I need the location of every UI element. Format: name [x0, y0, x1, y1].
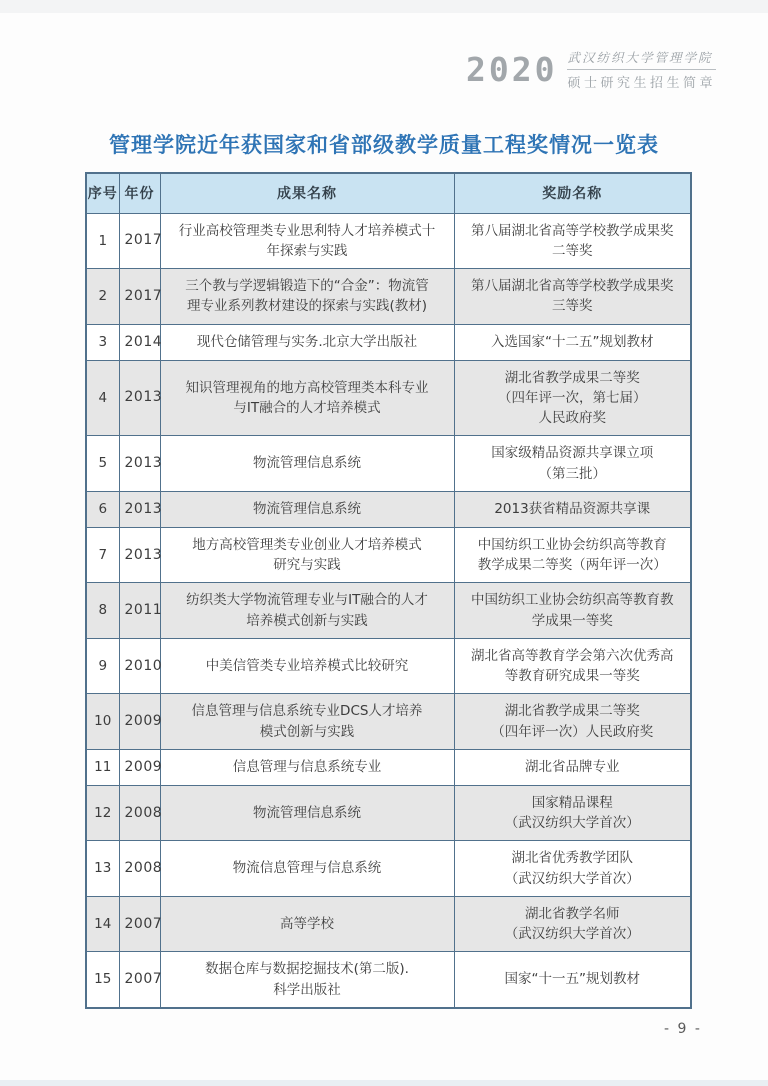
cell-year: 2007	[119, 896, 160, 952]
cell-achievement: 地方高校管理类专业创业人才培养模式 研究与实践	[160, 527, 454, 583]
cell-no: 8	[86, 583, 119, 639]
table-row: 12 2008 物流管理信息系统 国家精品课程 （武汉纺织大学首次）	[86, 785, 691, 841]
cell-achievement: 信息管理与信息系统专业	[160, 749, 454, 785]
cell-no: 1	[86, 213, 119, 269]
table-row: 3 2014 现代仓储管理与实务.北京大学出版社 入选国家“十二五”规划教材	[86, 324, 691, 360]
cell-achievement: 现代仓储管理与实务.北京大学出版社	[160, 324, 454, 360]
cell-no: 11	[86, 749, 119, 785]
cell-achievement: 物流管理信息系统	[160, 436, 454, 492]
cell-no: 4	[86, 360, 119, 436]
page-title: 管理学院近年获国家和省部级教学质量工程奖情况一览表	[0, 129, 768, 159]
cell-no: 10	[86, 694, 119, 750]
col-header-achievement: 成果名称	[160, 173, 454, 213]
table-row: 5 2013 物流管理信息系统 国家级精品资源共享课立项 （第三批）	[86, 436, 691, 492]
table-row: 15 2007 数据仓库与数据挖掘技术(第二版). 科学出版社 国家“十一五”规…	[86, 952, 691, 1008]
cell-achievement: 纺织类大学物流管理专业与IT融合的人才 培养模式创新与实践	[160, 583, 454, 639]
cell-award: 第八届湖北省高等学校教学成果奖 三等奖	[454, 269, 691, 325]
cell-achievement: 物流信息管理与信息系统	[160, 841, 454, 897]
cell-award: 湖北省教学成果二等奖 （四年评一次，第七届） 人民政府奖	[454, 360, 691, 436]
table-row: 10 2009 信息管理与信息系统专业DCS人才培养 模式创新与实践 湖北省教学…	[86, 694, 691, 750]
brand-year-logo: 2020	[466, 50, 557, 89]
cell-award: 2013获省精品资源共享课	[454, 491, 691, 527]
table-row: 8 2011 纺织类大学物流管理专业与IT融合的人才 培养模式创新与实践 中国纺…	[86, 583, 691, 639]
cell-achievement: 数据仓库与数据挖掘技术(第二版). 科学出版社	[160, 952, 454, 1008]
brand-org-name: 武汉纺织大学管理学院	[567, 48, 716, 68]
table-row: 13 2008 物流信息管理与信息系统 湖北省优秀教学团队 （武汉纺织大学首次）	[86, 841, 691, 897]
awards-table-container: 序号 年份 成果名称 奖励名称 1 2017 行业高校管理类专业思利特人才培养模…	[85, 172, 692, 1009]
page-bottom-strip	[0, 1080, 768, 1086]
col-header-no: 序号	[86, 173, 119, 213]
col-header-award: 奖励名称	[454, 173, 691, 213]
table-row: 6 2013 物流管理信息系统 2013获省精品资源共享课	[86, 491, 691, 527]
cell-award: 湖北省品牌专业	[454, 749, 691, 785]
table-body: 1 2017 行业高校管理类专业思利特人才培养模式十 年探索与实践 第八届湖北省…	[86, 213, 691, 1008]
cell-award: 第八届湖北省高等学校教学成果奖 二等奖	[454, 213, 691, 269]
cell-year: 2013	[119, 491, 160, 527]
cell-award: 湖北省教学名师 （武汉纺织大学首次）	[454, 896, 691, 952]
cell-no: 6	[86, 491, 119, 527]
cell-year: 2013	[119, 527, 160, 583]
table-row: 1 2017 行业高校管理类专业思利特人才培养模式十 年探索与实践 第八届湖北省…	[86, 213, 691, 269]
table-row: 2 2017 三个教与学逻辑锻造下的“合金”：物流管 理专业系列教材建设的探索与…	[86, 269, 691, 325]
brand-header: 2020 武汉纺织大学管理学院 硕士研究生招生简章	[466, 48, 716, 91]
awards-table: 序号 年份 成果名称 奖励名称 1 2017 行业高校管理类专业思利特人才培养模…	[85, 172, 692, 1009]
cell-award: 湖北省优秀教学团队 （武汉纺织大学首次）	[454, 841, 691, 897]
cell-no: 7	[86, 527, 119, 583]
cell-award: 国家“十一五”规划教材	[454, 952, 691, 1008]
header-row: 序号 年份 成果名称 奖励名称	[86, 173, 691, 213]
cell-no: 9	[86, 638, 119, 694]
col-header-year: 年份	[119, 173, 160, 213]
table-row: 14 2007 高等学校 湖北省教学名师 （武汉纺织大学首次）	[86, 896, 691, 952]
cell-award: 入选国家“十二五”规划教材	[454, 324, 691, 360]
cell-year: 2008	[119, 841, 160, 897]
cell-award: 中国纺织工业协会纺织高等教育 教学成果二等奖（两年评一次）	[454, 527, 691, 583]
cell-achievement: 行业高校管理类专业思利特人才培养模式十 年探索与实践	[160, 213, 454, 269]
cell-achievement: 知识管理视角的地方高校管理类本科专业 与IT融合的人才培养模式	[160, 360, 454, 436]
cell-award: 国家级精品资源共享课立项 （第三批）	[454, 436, 691, 492]
cell-no: 5	[86, 436, 119, 492]
cell-year: 2017	[119, 269, 160, 325]
table-row: 9 2010 中美信管类专业培养模式比较研究 湖北省高等教育学会第六次优秀高 等…	[86, 638, 691, 694]
cell-no: 13	[86, 841, 119, 897]
table-row: 11 2009 信息管理与信息系统专业 湖北省品牌专业	[86, 749, 691, 785]
cell-award: 湖北省教学成果二等奖 （四年评一次）人民政府奖	[454, 694, 691, 750]
cell-year: 2009	[119, 749, 160, 785]
brand-divider	[567, 69, 716, 70]
cell-year: 2009	[119, 694, 160, 750]
brand-text-block: 武汉纺织大学管理学院 硕士研究生招生简章	[567, 48, 716, 91]
cell-no: 14	[86, 896, 119, 952]
brand-subtitle: 硕士研究生招生简章	[567, 72, 716, 91]
cell-year: 2013	[119, 360, 160, 436]
table-row: 7 2013 地方高校管理类专业创业人才培养模式 研究与实践 中国纺织工业协会纺…	[86, 527, 691, 583]
cell-year: 2017	[119, 213, 160, 269]
cell-year: 2010	[119, 638, 160, 694]
cell-year: 2008	[119, 785, 160, 841]
page-number: - 9 -	[664, 1021, 702, 1037]
cell-year: 2011	[119, 583, 160, 639]
cell-no: 3	[86, 324, 119, 360]
cell-year: 2013	[119, 436, 160, 492]
cell-achievement: 物流管理信息系统	[160, 491, 454, 527]
table-row: 4 2013 知识管理视角的地方高校管理类本科专业 与IT融合的人才培养模式 湖…	[86, 360, 691, 436]
cell-no: 12	[86, 785, 119, 841]
cell-achievement: 三个教与学逻辑锻造下的“合金”：物流管 理专业系列教材建设的探索与实践(教材)	[160, 269, 454, 325]
page-top-strip	[0, 0, 768, 13]
cell-achievement: 中美信管类专业培养模式比较研究	[160, 638, 454, 694]
cell-award: 中国纺织工业协会纺织高等教育教 学成果一等奖	[454, 583, 691, 639]
table-header: 序号 年份 成果名称 奖励名称	[86, 173, 691, 213]
cell-no: 2	[86, 269, 119, 325]
cell-year: 2007	[119, 952, 160, 1008]
cell-achievement: 物流管理信息系统	[160, 785, 454, 841]
cell-year: 2014	[119, 324, 160, 360]
cell-achievement: 高等学校	[160, 896, 454, 952]
cell-award: 湖北省高等教育学会第六次优秀高 等教育研究成果一等奖	[454, 638, 691, 694]
cell-award: 国家精品课程 （武汉纺织大学首次）	[454, 785, 691, 841]
cell-achievement: 信息管理与信息系统专业DCS人才培养 模式创新与实践	[160, 694, 454, 750]
cell-no: 15	[86, 952, 119, 1008]
